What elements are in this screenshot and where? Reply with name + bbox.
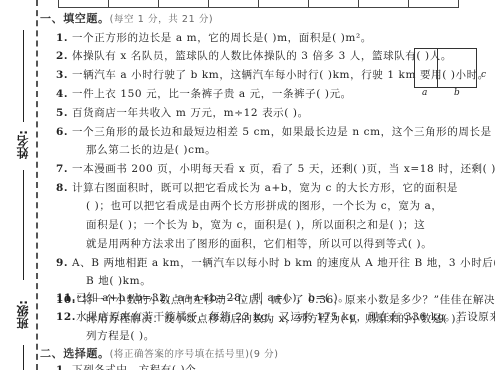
section-title: 二、选择题。 [40, 347, 110, 360]
question-text: 就是用两种方法求出了图形的面积，它们相等，所以可以得到等式( )。 [86, 238, 432, 250]
score-cell [109, 0, 159, 8]
question-number: 1. [56, 364, 72, 370]
question-text: 下列各式中，方程有( )个。 [72, 364, 207, 370]
margin-line [23, 345, 24, 370]
score-cell [409, 0, 459, 8]
question-text: 百货商店一年共收入 m 万元，m÷12 表示( )。 [72, 107, 309, 119]
question-line: ( )；也可以把它看成是由两个长方形拼成的图形，一个长为 c，宽为 a， [56, 198, 442, 213]
section-note: (将正确答案的序号填在括号里)(9 分) [110, 349, 279, 360]
name-label: 姓名: [14, 130, 34, 159]
question-line: 7.一本漫画书 200 页，小明每天看 x 页，看了 5 天，还剩( )页，当 … [56, 161, 495, 176]
question-line: 12.水果店原来有若干箱橘子，每箱 23 kg，又运来 175 kg，现在有 3… [56, 309, 495, 324]
question-number: 1. [56, 32, 72, 44]
score-table [58, 0, 459, 8]
binding-dotted-line [36, 0, 38, 370]
question-line: 那么第二长的边是( )cm。 [56, 142, 216, 157]
margin-line [23, 170, 24, 280]
score-cell [159, 0, 209, 8]
label-b: b [454, 88, 460, 98]
question-line: 就是用两种方法求出了图形的面积，它们相等，所以可以得到等式( )。 [56, 236, 432, 251]
section-title: 一、填空题。 [40, 12, 110, 25]
question-number: 6. [56, 126, 72, 138]
question-number: 2. [56, 50, 72, 62]
label-c: c [481, 70, 486, 80]
question-text: 已知 a+b+b=32，a+a+b=28，则 a=( )，b=( )。 [76, 292, 349, 304]
question-line: 5.百货商店一年共收入 m 万元，m÷12 表示( )。 [56, 105, 309, 120]
section-2-heading: 二、选择题。(将正确答案的序号填在括号里)(9 分) [40, 345, 279, 361]
score-cell [209, 0, 259, 8]
question-number: 4. [56, 88, 72, 100]
margin-line [23, 30, 24, 122]
question-number: 12. [56, 311, 76, 323]
question-line: 1.下列各式中，方程有( )个。 [56, 362, 207, 370]
score-cell [309, 0, 359, 8]
question-line: 4.一件上衣 150 元，比一条裤子贵 a 元，一条裤子( )元。 [56, 86, 352, 101]
question-line: 列方程是( )。 [56, 328, 155, 343]
question-text: ( )；也可以把它看成是由两个长方形拼成的图形，一个长为 c，宽为 a， [86, 200, 442, 212]
question-number: 9. [56, 257, 72, 269]
question-text: 一件上衣 150 元，比一条裤子贵 a 元，一条裤子( )元。 [72, 88, 352, 100]
section-note: (每空 1 分，共 21 分) [110, 14, 214, 25]
question-line: 8.计算右图面积时，既可以把它看成长为 a+b，宽为 c 的大长方形，它的面积是 [56, 180, 458, 195]
question-number: 5. [56, 107, 72, 119]
question-line: 面积是( )；一个长为 b，宽为 c，面积是( )，所以面积之和是( )；这 [56, 217, 425, 232]
question-number: 11. [56, 292, 76, 304]
question-line: 6.一个三角形的最长边和最短边相差 5 cm，如果最长边是 n cm，这个三角形… [56, 124, 495, 139]
question-line: 11.已知 a+b+b=32，a+a+b=28，则 a=( )，b=( )。 [56, 290, 349, 305]
question-text: 体操队有 x 名队员，篮球队的人数比体操队的 3 倍多 3 人，篮球队有( )人… [72, 50, 452, 62]
score-cell [359, 0, 409, 8]
section-1-heading: 一、填空题。(每空 1 分，共 21 分) [40, 10, 213, 26]
question-text: 一个正方形的边长是 a m，它的周长是( )m，面积是( )m²。 [72, 32, 372, 44]
question-text: 那么第二长的边是( )cm。 [86, 144, 216, 156]
rect-b [436, 48, 477, 88]
class-label: 班级: [14, 300, 34, 329]
question-line: 1.一个正方形的边长是 a m，它的周长是( )m，面积是( )m²。 [56, 30, 372, 45]
label-a: a [422, 88, 427, 98]
question-text: 一个三角形的最长边和最短边相差 5 cm，如果最长边是 n cm，这个三角形的周… [72, 126, 495, 138]
score-cell [59, 0, 109, 8]
question-text: 一本漫画书 200 页，小明每天看 x 页，看了 5 天，还剩( )页，当 x=… [72, 163, 495, 175]
question-line: B 地( )km。 [56, 273, 151, 288]
question-text: A、B 两地相距 a km，一辆汽车以每小时 b km 的速度从 A 地开往 B… [72, 257, 495, 269]
question-text: 面积是( )；一个长为 b，宽为 c，面积是( )，所以面积之和是( )；这 [86, 219, 425, 231]
question-text: 计算右图面积时，既可以把它看成长为 a+b，宽为 c 的大长方形，它的面积是 [72, 182, 458, 194]
question-text: 水果店原来有若干箱橘子，每箱 23 kg，又运来 175 kg，现在有 336 … [76, 311, 495, 323]
rect-a [414, 48, 438, 88]
question-number: 3. [56, 69, 72, 81]
score-cell [259, 0, 309, 8]
question-line: 2.体操队有 x 名队员，篮球队的人数比体操队的 3 倍多 3 人，篮球队有( … [56, 48, 452, 63]
question-text: B 地( )km。 [86, 275, 151, 287]
question-text: 列方程是( )。 [86, 330, 155, 342]
question-number: 7. [56, 163, 72, 175]
question-line: 9.A、B 两地相距 a km，一辆汽车以每小时 b km 的速度从 A 地开往… [56, 255, 495, 270]
question-number: 8. [56, 182, 72, 194]
